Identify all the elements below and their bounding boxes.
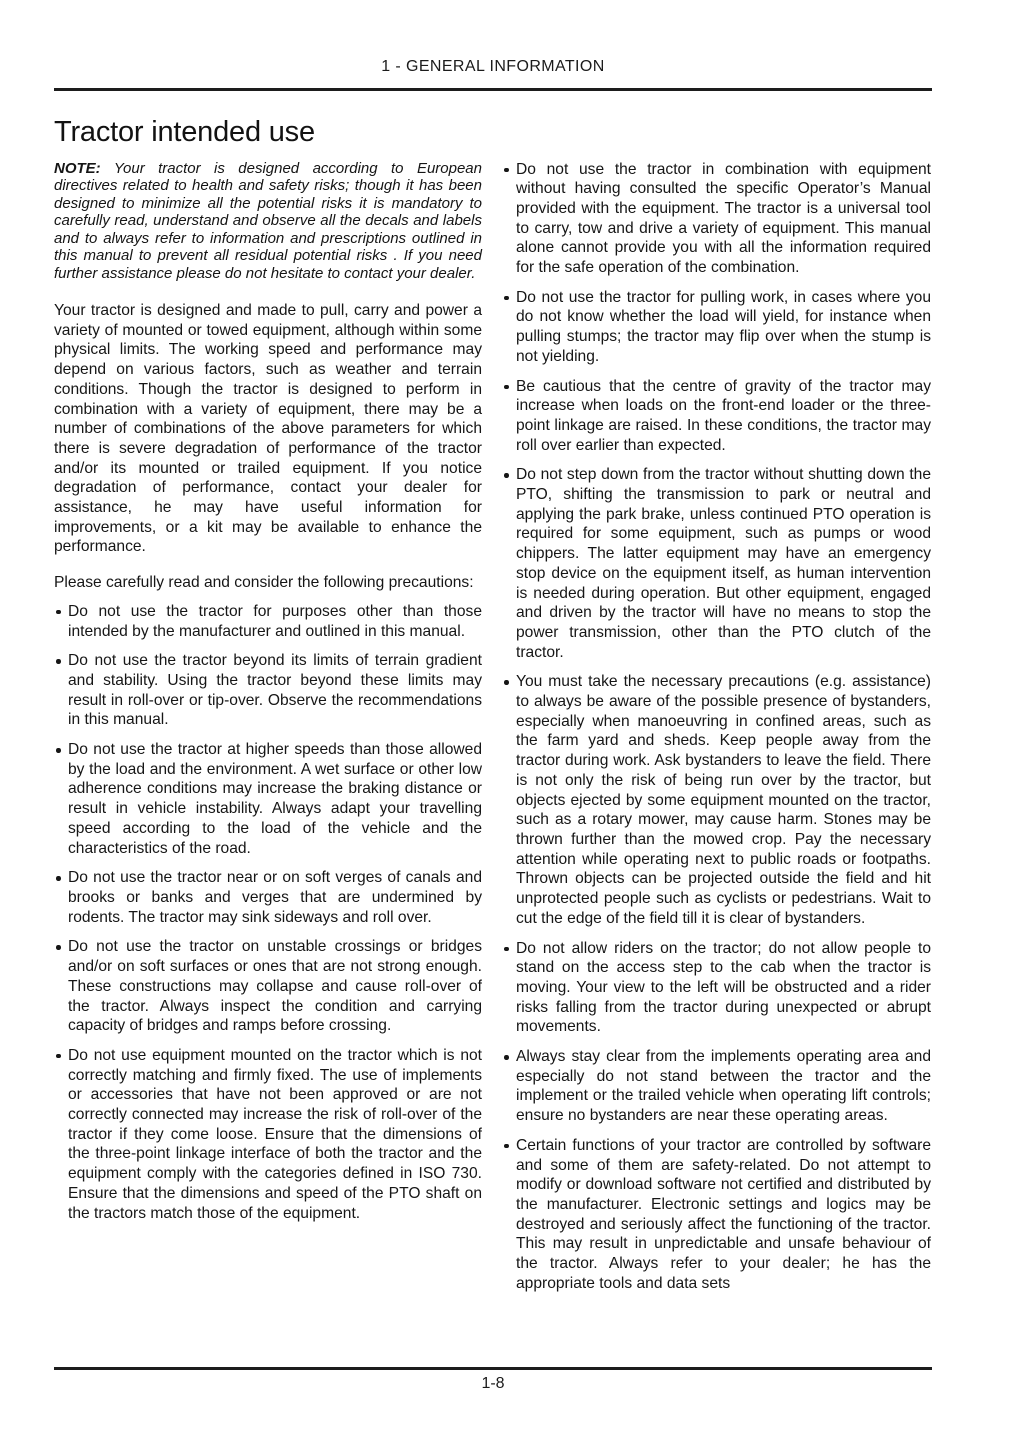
page-footer: 1-8 [54, 1367, 932, 1393]
precaution-item: Do not allow riders on the tractor; do n… [502, 939, 931, 1038]
note-label: NOTE: [54, 160, 101, 177]
page-number: 1-8 [54, 1375, 932, 1393]
footer-rule [54, 1367, 932, 1370]
precaution-item: Do not step down from the tractor withou… [502, 465, 931, 662]
precaution-item: You must take the necessary precautions … [502, 672, 931, 928]
precautions-list-left: Do not use the tractor for purposes othe… [54, 602, 482, 1223]
precaution-item: Do not use the tractor for purposes othe… [54, 602, 482, 641]
precaution-item: Do not use equipment mounted on the trac… [54, 1046, 482, 1223]
precaution-item: Do not use the tractor in combination wi… [502, 160, 931, 278]
precaution-item: Always stay clear from the implements op… [502, 1047, 931, 1126]
precaution-item: Do not use the tractor beyond its limits… [54, 651, 482, 730]
precaution-item: Do not use the tractor near or on soft v… [54, 868, 482, 927]
note-paragraph: NOTE: Your tractor is designed according… [54, 160, 482, 283]
section-header: 1 - GENERAL INFORMATION [54, 57, 932, 76]
precautions-list-right: Do not use the tractor in combination wi… [502, 160, 931, 1294]
precaution-item: Do not use the tractor on unstable cross… [54, 937, 482, 1036]
precaution-item: Be cautious that the centre of gravity o… [502, 377, 931, 456]
header-rule [54, 88, 932, 91]
precautions-lead-in: Please carefully read and consider the f… [54, 573, 482, 593]
manual-page: 1 - GENERAL INFORMATION Tractor intended… [0, 0, 1024, 1448]
precaution-item: Do not use the tractor for pulling work,… [502, 288, 931, 367]
precaution-item: Do not use the tractor at higher speeds … [54, 740, 482, 858]
note-text: Your tractor is designed according to Eu… [54, 160, 482, 282]
page-title: Tractor intended use [54, 116, 932, 149]
left-column: NOTE: Your tractor is designed according… [54, 160, 482, 1234]
precaution-item: Certain functions of your tractor are co… [502, 1136, 931, 1294]
two-column-layout: NOTE: Your tractor is designed according… [54, 160, 932, 1304]
right-column: Do not use the tractor in combination wi… [502, 160, 931, 1304]
intro-paragraph: Your tractor is designed and made to pul… [54, 301, 482, 557]
